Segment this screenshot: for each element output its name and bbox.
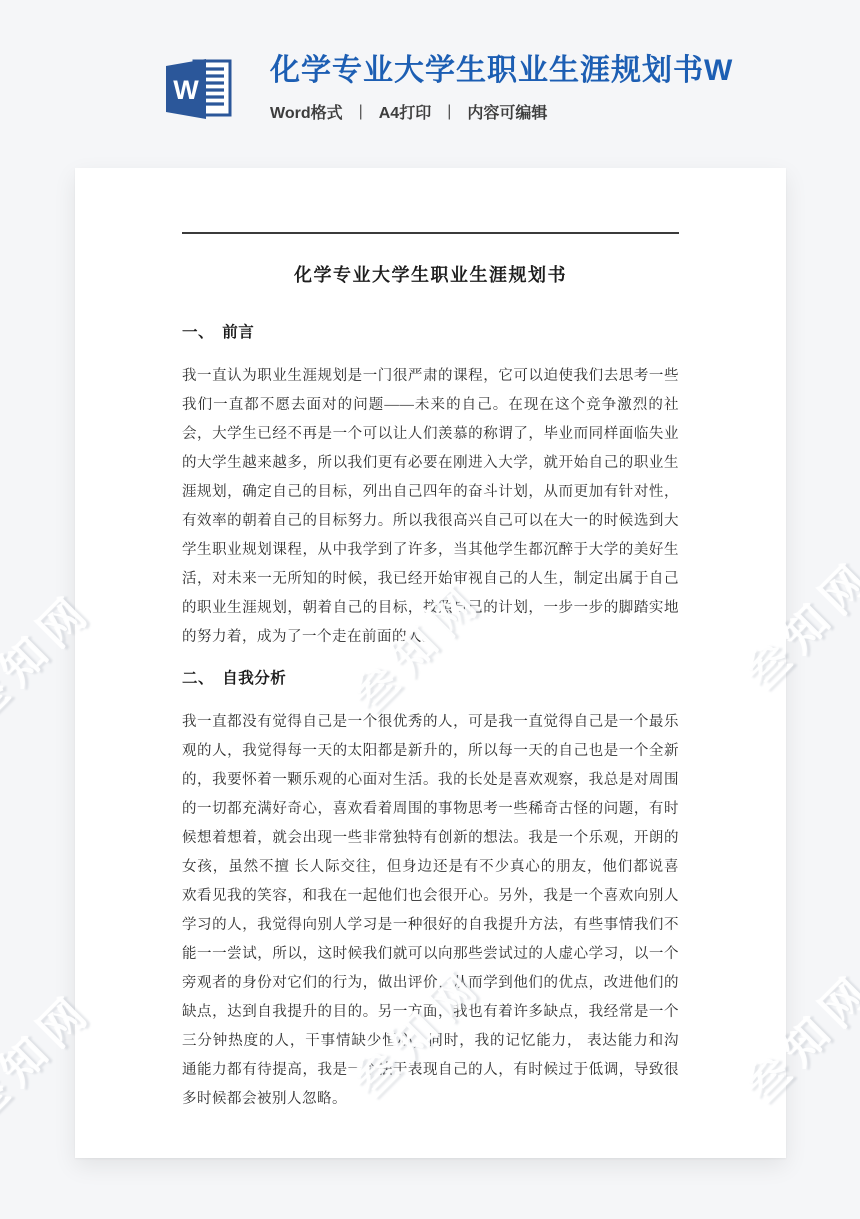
meta-separator: | (359, 103, 363, 121)
header-text: 化学专业大学生职业生涯规划书W Word格式 | A4打印 | 内容可编辑 (270, 54, 733, 123)
header: W 化学专业大学生职业生涯规划书W Word格式 | A4打印 | 内容可编辑 (160, 54, 733, 123)
meta-print-label: A4打印 (379, 100, 431, 123)
section-heading-self-analysis: 二、 自我分析 (182, 666, 679, 688)
svg-text:W: W (173, 75, 199, 105)
meta-format-label: Word格式 (270, 100, 343, 123)
meta-editable-label: 内容可编辑 (467, 100, 547, 123)
paragraph-self-analysis: 我一直都没有觉得自己是一个很优秀的人，可是我一直觉得自己是一个最乐观的人，我觉得… (182, 708, 679, 1114)
word-logo-icon: W (160, 56, 236, 122)
paragraph-foreword: 我一直认为职业生涯规划是一门很严肃的课程，它可以迫使我们去思考一些我们一直都不愿… (182, 362, 679, 652)
meta-separator: | (447, 103, 451, 121)
page-title: 化学专业大学生职业生涯规划书W (270, 54, 733, 87)
document-title: 化学专业大学生职业生涯规划书 (182, 261, 679, 287)
document-page: 化学专业大学生职业生涯规划书 一、 前言 我一直认为职业生涯规划是一门很严肃的课… (75, 168, 786, 1158)
header-rule (182, 232, 679, 234)
section-heading-foreword: 一、 前言 (182, 320, 679, 342)
document-meta: Word格式 | A4打印 | 内容可编辑 (270, 100, 733, 123)
